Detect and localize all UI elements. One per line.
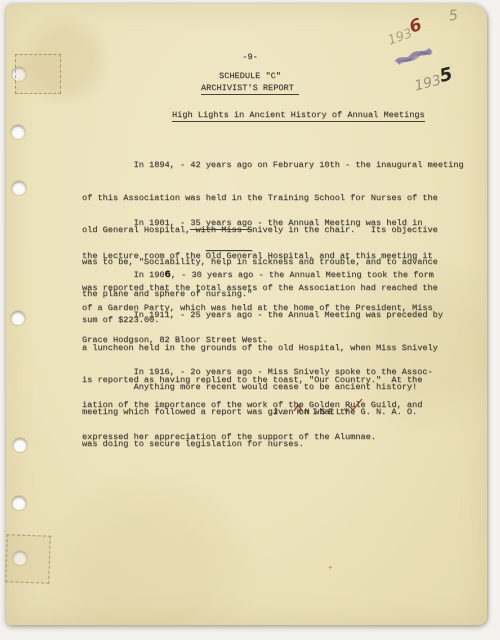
text-span: In 1901, - [82, 218, 190, 228]
text-line: In 1894, - 42 years ago on February 10th… [82, 160, 464, 171]
paper-page: 5 1936 1935 + -9- SCHEDULE "C" ARCHIVIST… [6, 4, 487, 625]
signature: J. KNISELY [273, 407, 352, 418]
text-line: expressed her appreciation of the suppor… [82, 432, 433, 443]
punch-hole [13, 438, 27, 452]
text-line: iation of the importance of the work of … [82, 400, 433, 411]
text-line: In 1916, - 2o years ago - Miss Snively s… [82, 367, 433, 378]
report-heading: ARCHIVIST'S REPORT [82, 83, 418, 94]
closing-line: Anything more recent would cease to be a… [82, 382, 417, 393]
punch-hole [12, 496, 26, 510]
text-line: In 1901, - 35 years ago - the Annual Mee… [82, 218, 438, 229]
paragraph-1916: In 1916, - 2o years ago - Miss Snively s… [82, 346, 433, 464]
punch-hole [11, 125, 25, 139]
schedule-heading: SCHEDULE "C" [82, 71, 418, 82]
reinforcement-patch [5, 534, 51, 584]
report-heading-text: ARCHIVIST'S REPORT [201, 83, 299, 95]
text-line: In 1906, - 30 years ago - the Annual Mee… [82, 270, 434, 281]
page-number: -9- [82, 52, 418, 63]
reinforcement-patch [15, 54, 61, 94]
text-span: , - 30 years ago - the Annual Meeting to… [171, 270, 434, 280]
underlined-phrase: 35 years ago [190, 218, 252, 230]
document-title: High Lights in Ancient History of Annual… [172, 110, 425, 121]
punch-hole [11, 311, 25, 325]
screenshot-root: { "header": { "page_number": "-9-", "sch… [0, 0, 500, 640]
text-span: - the Annual Meeting was held in [252, 218, 422, 228]
punch-hole [12, 181, 26, 195]
text-span: In 190 [82, 270, 165, 280]
typed-content: -9- SCHEDULE "C" ARCHIVIST'S REPORT High… [82, 4, 454, 625]
document-title-text: High Lights in Ancient History of Annual… [172, 110, 425, 122]
text-line: In 1911, - 25 years ago - the Annual Mee… [82, 310, 443, 321]
